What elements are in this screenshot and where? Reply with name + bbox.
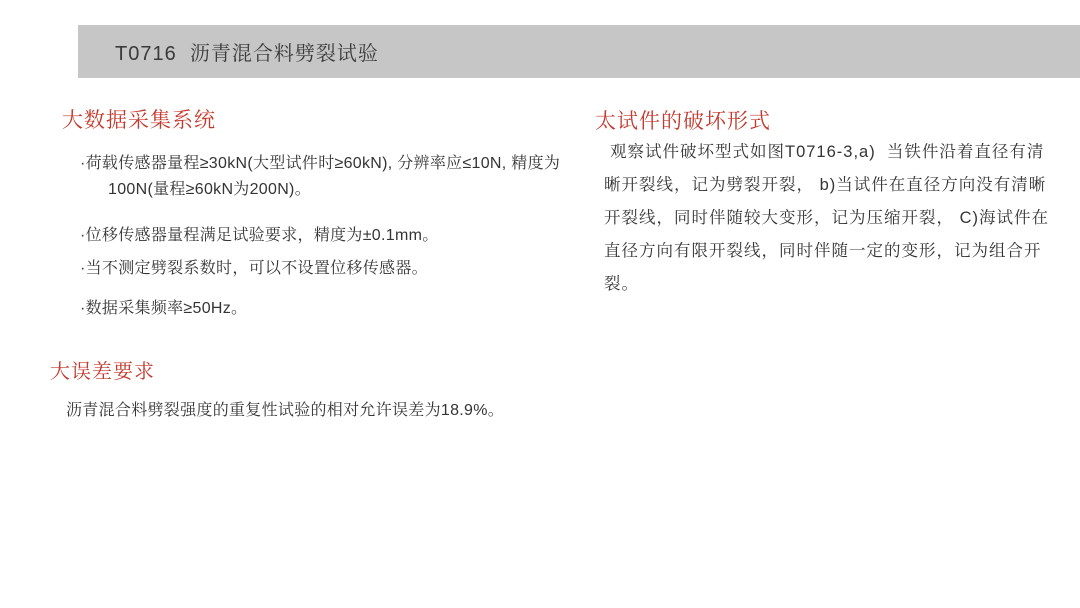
paragraph-line: 晰开裂线，记为劈裂开裂， b)当试件在直径方向没有清晰 [604, 169, 1049, 202]
title-bar: T0716 沥青混合料劈裂试验 [78, 25, 1080, 78]
data-acquisition-bullet-list: ·荷载传感器量程≥30kN(大型试件时≥60kN), 分辨率应≤10N, 精度为… [80, 151, 595, 322]
bullet-item: ·位移传感器量程满足试验要求，精度为±0.1mm。 [80, 223, 595, 249]
bullet-line: ·荷载传感器量程≥30kN(大型试件时≥60kN), 分辨率应≤10N, 精度为 [80, 151, 595, 177]
bullet-line: ·当不测定劈裂系数时，可以不设置位移传感器。 [80, 256, 595, 282]
section-heading-failure-modes: 太试件的破坏形式 [595, 105, 771, 135]
paragraph-line: 直径方向有限开裂线，同时伴随一定的变形，记为组合开 [604, 235, 1049, 268]
paragraph-line: 观察试件破坏型式如图T0716-3,a) 当铁件沿着直径有清 [604, 136, 1049, 169]
bullet-item: ·荷载传感器量程≥30kN(大型试件时≥60kN), 分辨率应≤10N, 精度为… [80, 151, 595, 203]
failure-modes-paragraph: 观察试件破坏型式如图T0716-3,a) 当铁件沿着直径有清晰开裂线，记为劈裂开… [604, 136, 1049, 301]
paragraph-line: 开裂线，同时伴随较大变形，记为压缩开裂， C)海试件在 [604, 202, 1049, 235]
bullet-item: ·数据采集频率≥50Hz。 [80, 296, 595, 322]
section-heading-error-requirement: 大误差要求 [50, 355, 155, 384]
slide-page: T0716 沥青混合料劈裂试验 大数据采集系统 ·荷载传感器量程≥30kN(大型… [0, 0, 1080, 608]
bullet-line: ·数据采集频率≥50Hz。 [80, 296, 595, 322]
bullet-line: 100N(量程≥60kN为200N)。 [80, 177, 595, 203]
section-heading-data-acquisition: 大数据采集系统 [62, 104, 216, 134]
page-title: T0716 沥青混合料劈裂试验 [78, 37, 379, 66]
paragraph-line: 裂。 [604, 268, 1049, 301]
bullet-line: ·位移传感器量程满足试验要求，精度为±0.1mm。 [80, 223, 595, 249]
error-requirement-text: 沥青混合料劈裂强度的重复性试验的相对允许误差为18.9%。 [66, 397, 504, 420]
bullet-item: ·当不测定劈裂系数时，可以不设置位移传感器。 [80, 256, 595, 282]
